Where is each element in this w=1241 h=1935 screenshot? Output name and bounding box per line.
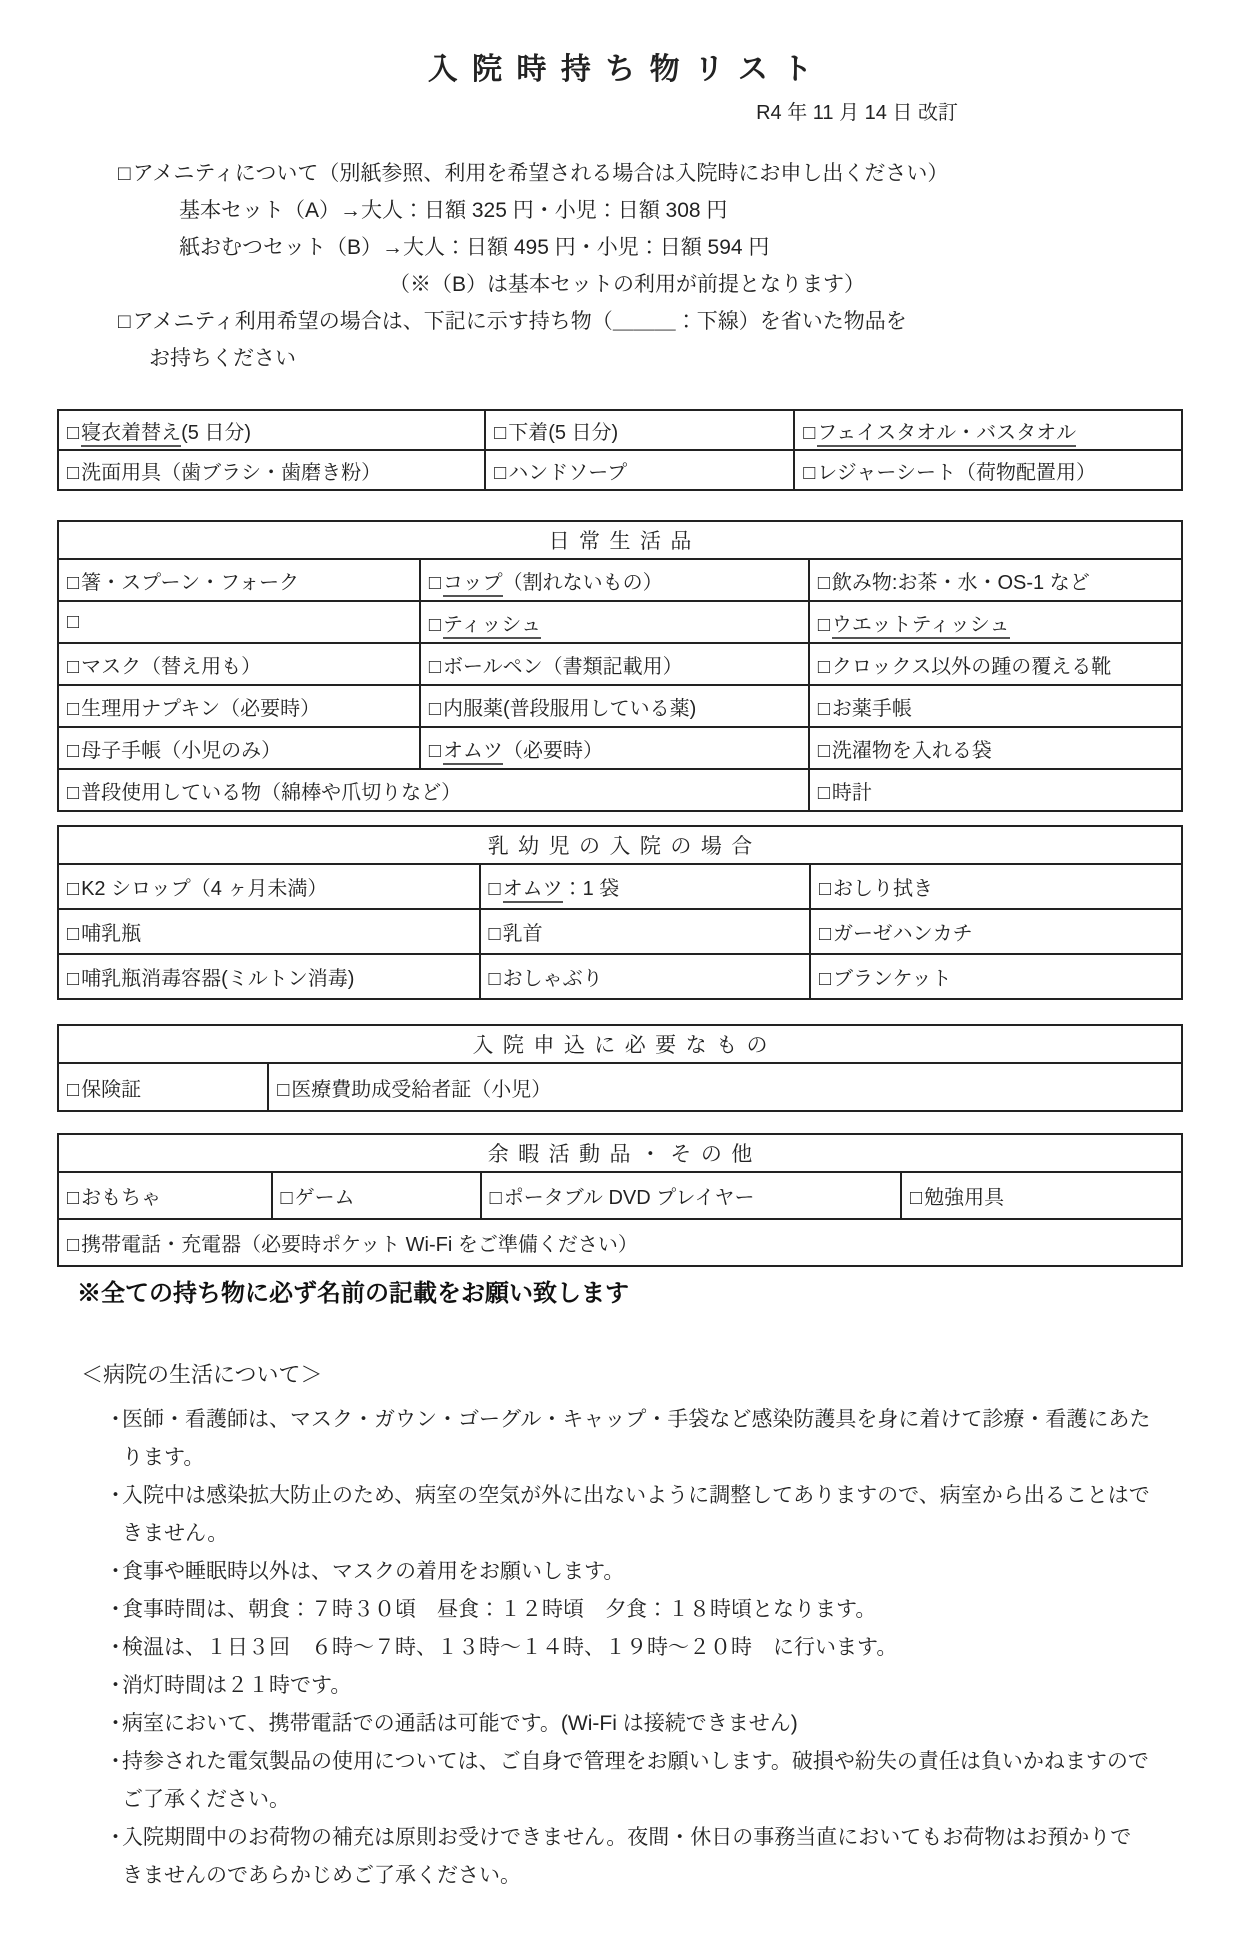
hospital-life-bullet: ・食事や睡眠時以外は、マスクの着用をお願いします。 [105,1553,1183,1591]
checkbox-icon: □ [67,656,79,678]
checklist-cell: □おしり拭き [810,864,1182,909]
checklist-cell: □クロックス以外の踵の覆える靴 [809,643,1182,685]
checklist-cell: □下着(5 日分) [485,410,794,450]
hospital-life-bullet: ・病室において、携帯電話での通話は可能です。(Wi-Fi は接続できません) [105,1705,1183,1743]
item-label-underlined: フェイスタオル・バスタオル [817,422,1076,447]
checkbox-icon: □ [67,572,79,594]
checklist-cell: □飲み物:お茶・水・OS-1 など [809,559,1182,601]
item-label: 乳首 [503,923,543,945]
checkbox-icon: □ [819,878,831,900]
bullet-icon: ・ [105,1705,122,1743]
item-label: ポータブル DVD プレイヤー [504,1187,755,1209]
bullet-icon: ・ [105,1819,122,1857]
item-label-underlined: オムツ [503,878,563,903]
checklist-cell: □マスク（替え用も） [58,643,420,685]
item-label-underlined: コップ [443,572,503,597]
checklist-cell: □ガーゼハンカチ [810,909,1182,954]
checklist-cell: □生理用ナプキン（必要時） [58,685,420,727]
checkbox-icon: □ [67,968,79,990]
item-label: お薬手帳 [832,698,912,720]
checklist-cell: □洗面用具（歯ブラシ・歯磨き粉） [58,450,485,490]
item-label: 内服薬(普段服用している薬) [443,698,696,720]
checkbox-icon: □ [494,422,506,444]
item-label: おしゃぶり [503,968,603,990]
checkbox-icon: □ [819,923,831,945]
checklist-cell: □ハンドソープ [485,450,794,490]
checkbox-icon: □ [803,462,815,484]
checkbox-icon: □ [818,656,830,678]
item-label: (5 日分) [181,422,251,444]
item-label: 下着(5 日分) [508,422,618,444]
checkbox-icon: □ [118,162,131,185]
item-label-underlined: オムツ [443,740,503,765]
table-row: □寝衣着替え(5 日分)□下着(5 日分)□フェイスタオル・バスタオル [58,410,1182,450]
table-row: □おもちゃ□ゲーム□ポータブル DVD プレイヤー□勉強用具 [58,1172,1182,1219]
name-note: ※全ての持ち物に必ず名前の記載をお願い致します [77,1273,1183,1308]
page-title: 入院時持ち物リスト [57,44,1183,88]
item-label: 携帯電話・充電器（必要時ポケット Wi-Fi をご準備ください） [81,1234,638,1256]
table-title: 日常生活品 [58,521,1182,559]
item-label: ハンドソープ [508,462,627,484]
table-row: □□ティッシュ□ウエットティッシュ [58,601,1182,643]
bullet-text: 食事時間は、朝食：７時３０頃 昼食：１２時頃 夕食：１８時頃となります。 [122,1591,1152,1629]
intro-line: 紙おむつセット（B）→大人：日額 495 円・小児：日額 594 円 [57,229,1183,266]
item-label: K2 シロップ（4 ヶ月未満） [81,878,327,900]
hospital-life-bullet: ・検温は、１日３回 ６時～７時、１３時～１４時、１９時～２０時 に行います。 [105,1629,1183,1667]
intro-line: （※（B）は基本セットの利用が前提となります） [57,266,1183,303]
item-label: おしり拭き [833,878,933,900]
checklist-cell: □ウエットティッシュ [809,601,1182,643]
checkbox-icon: □ [803,422,815,444]
hospital-life-bullets: ・医師・看護師は、マスク・ガウン・ゴーグル・キャップ・手袋など感染防護具を身に着… [105,1401,1183,1895]
table-daily-items: 日常生活品□箸・スプーン・フォーク□コップ（割れないもの）□飲み物:お茶・水・O… [57,520,1183,812]
item-label-underlined: ティッシュ [443,614,541,639]
intro-line-text: アメニティ利用希望の場合は、下記に示す持ち物（＿＿＿：下線）を省いた物品を [133,310,907,333]
checkbox-icon: □ [489,968,501,990]
table-row: □生理用ナプキン（必要時）□内服薬(普段服用している薬)□お薬手帳 [58,685,1182,727]
item-label: （必要時） [503,740,603,762]
bullet-icon: ・ [105,1477,122,1515]
item-label: ブランケット [833,968,952,990]
item-label: 保険証 [81,1079,141,1101]
item-label: おもちゃ [81,1187,161,1209]
item-label: マスク（替え用も） [81,656,261,678]
checkbox-icon: □ [490,1187,502,1209]
checkbox-icon: □ [489,923,501,945]
checkbox-icon: □ [819,968,831,990]
bullet-text: 持参された電気製品の使用については、ご自身で管理をお願いします。破損や紛失の責任… [122,1743,1152,1819]
checklist-cell: □哺乳瓶 [58,909,480,954]
table-infant-admission: 乳幼児の入院の場合□K2 シロップ（4 ヶ月未満）□オムツ：1 袋□おしり拭き□… [57,825,1183,1000]
checkbox-icon: □ [910,1187,922,1209]
intro-line: □アメニティについて（別紙参照、利用を希望される場合は入院時にお申し出ください） [57,155,1183,192]
intro-line-text: お持ちください [149,347,296,370]
item-label: ガーゼハンカチ [833,923,973,945]
checklist-cell: □乳首 [480,909,810,954]
checklist-cell: □コップ（割れないもの） [420,559,809,601]
hospital-life-bullet: ・入院中は感染拡大防止のため、病室の空気が外に出ないように調整してありますので、… [105,1477,1183,1553]
item-label: 母子手帳（小児のみ） [81,740,281,762]
intro-line-text: 紙おむつセット（B）→大人：日額 495 円・小児：日額 594 円 [179,236,769,259]
checklist-cell: □勉強用具 [901,1172,1182,1219]
checkbox-icon: □ [429,572,441,594]
checkbox-icon: □ [489,878,501,900]
checklist-cell: □K2 シロップ（4 ヶ月未満） [58,864,480,909]
checkbox-icon: □ [67,1234,79,1256]
checklist-cell: □母子手帳（小児のみ） [58,727,420,769]
bullet-icon: ・ [105,1553,122,1591]
bullet-icon: ・ [105,1629,122,1667]
table-title: 余暇活動品・その他 [58,1134,1182,1172]
checklist-cell: □ [58,601,420,643]
intro-line-text: アメニティについて（別紙参照、利用を希望される場合は入院時にお申し出ください） [133,162,949,185]
checkbox-icon: □ [494,462,506,484]
intro-line: お持ちください [57,340,1183,377]
table-row: □哺乳瓶消毒容器(ミルトン消毒)□おしゃぶり□ブランケット [58,954,1182,999]
checkbox-icon: □ [818,698,830,720]
hospital-life-bullet: ・入院期間中のお荷物の補充は原則お受けできません。夜間・休日の事務当直においても… [105,1819,1183,1895]
table-title-row: 余暇活動品・その他 [58,1134,1182,1172]
checklist-cell: □箸・スプーン・フォーク [58,559,420,601]
bullet-text: 病室において、携帯電話での通話は可能です。(Wi-Fi は接続できません) [122,1705,1152,1743]
checkbox-icon: □ [429,698,441,720]
table-row: □普段使用している物（綿棒や爪切りなど）□時計 [58,769,1182,811]
bullet-text: 消灯時間は２１時です。 [122,1667,1152,1705]
checkbox-icon: □ [67,611,79,633]
item-label: 生理用ナプキン（必要時） [81,698,320,720]
bullet-text: 検温は、１日３回 ６時～７時、１３時～１４時、１９時～２０時 に行います。 [122,1629,1152,1667]
checklist-cell: □ゲーム [272,1172,481,1219]
table-row: □携帯電話・充電器（必要時ポケット Wi-Fi をご準備ください） [58,1219,1182,1266]
checklist-cell: □洗濯物を入れる袋 [809,727,1182,769]
item-label: 箸・スプーン・フォーク [81,572,299,594]
hospital-life-bullet: ・食事時間は、朝食：７時３０頃 昼食：１２時頃 夕食：１８時頃となります。 [105,1591,1183,1629]
checklist-cell: □オムツ（必要時） [420,727,809,769]
checklist-cell: □医療費助成受給者証（小児） [268,1063,1182,1111]
table-row: □箸・スプーン・フォーク□コップ（割れないもの）□飲み物:お茶・水・OS-1 な… [58,559,1182,601]
checkbox-icon: □ [118,310,131,333]
checklist-cell: □ボールペン（書類記載用） [420,643,809,685]
table-row: □マスク（替え用も）□ボールペン（書類記載用）□クロックス以外の踵の覆える靴 [58,643,1182,685]
hospital-life-heading: ＜病院の生活について＞ [81,1358,1183,1389]
checkbox-icon: □ [67,923,79,945]
checklist-cell: □おしゃぶり [480,954,810,999]
item-label: 洗面用具（歯ブラシ・歯磨き粉） [81,462,381,484]
table-title: 乳幼児の入院の場合 [58,826,1182,864]
bullet-icon: ・ [105,1667,122,1705]
checkbox-icon: □ [67,740,79,762]
item-label: レジャーシート（荷物配置用） [817,462,1096,484]
bullet-text: 入院期間中のお荷物の補充は原則お受けできません。夜間・休日の事務当直においてもお… [122,1819,1152,1895]
intro-line-text: （※（B）は基本セットの利用が前提となります） [389,273,865,296]
checkbox-icon: □ [67,698,79,720]
item-label: ：1 袋 [563,878,620,900]
item-label: 洗濯物を入れる袋 [832,740,992,762]
item-label: 哺乳瓶消毒容器(ミルトン消毒) [81,968,354,990]
table-title-row: 乳幼児の入院の場合 [58,826,1182,864]
table-clothing: □寝衣着替え(5 日分)□下着(5 日分)□フェイスタオル・バスタオル□洗面用具… [57,409,1183,491]
checklist-cell: □フェイスタオル・バスタオル [794,410,1182,450]
document-page: 入院時持ち物リスト R4 年 11 月 14 日 改訂 □アメニティについて（別… [0,0,1241,1935]
checkbox-icon: □ [67,1187,79,1209]
table-row: □K2 シロップ（4 ヶ月未満）□オムツ：1 袋□おしり拭き [58,864,1182,909]
item-label: 勉強用具 [924,1187,1004,1209]
checklist-cell: □レジャーシート（荷物配置用） [794,450,1182,490]
checkbox-icon: □ [281,1187,293,1209]
checklist-cell: □内服薬(普段服用している薬) [420,685,809,727]
table-row: □保険証□医療費助成受給者証（小児） [58,1063,1182,1111]
bullet-text: 食事や睡眠時以外は、マスクの着用をお願いします。 [122,1553,1152,1591]
checkbox-icon: □ [67,422,79,444]
item-label-underlined: ウエットティッシュ [832,614,1010,639]
item-label: 時計 [832,782,872,804]
checkbox-icon: □ [818,614,830,636]
bullet-icon: ・ [105,1591,122,1629]
table-leisure-items: 余暇活動品・その他□おもちゃ□ゲーム□ポータブル DVD プレイヤー□勉強用具□… [57,1133,1183,1267]
checklist-cell: □哺乳瓶消毒容器(ミルトン消毒) [58,954,480,999]
checklist-cell: □普段使用している物（綿棒や爪切りなど） [58,769,809,811]
checkbox-icon: □ [818,740,830,762]
checkbox-icon: □ [429,614,441,636]
checklist-cell: □おもちゃ [58,1172,272,1219]
checkbox-icon: □ [67,878,79,900]
item-label: ボールペン（書類記載用） [443,656,683,678]
item-label: クロックス以外の踵の覆える靴 [832,656,1111,678]
checklist-cell: □お薬手帳 [809,685,1182,727]
checklist-cell: □保険証 [58,1063,268,1111]
checkbox-icon: □ [67,1079,79,1101]
bullet-icon: ・ [105,1401,122,1439]
bullet-text: 入院中は感染拡大防止のため、病室の空気が外に出ないように調整してありますので、病… [122,1477,1152,1553]
checklist-cell: □ブランケット [810,954,1182,999]
item-label: ゲーム [295,1187,355,1209]
table-row: □哺乳瓶□乳首□ガーゼハンカチ [58,909,1182,954]
item-label: 医療費助成受給者証（小児） [291,1079,551,1101]
checkbox-icon: □ [429,740,441,762]
hospital-life-bullet: ・持参された電気製品の使用については、ご自身で管理をお願いします。破損や紛失の責… [105,1743,1183,1819]
checklist-cell: □時計 [809,769,1182,811]
checklist-cell: □ティッシュ [420,601,809,643]
checkbox-icon: □ [67,782,79,804]
checkbox-icon: □ [818,572,830,594]
hospital-life-bullet: ・消灯時間は２１時です。 [105,1667,1183,1705]
item-label: 普段使用している物（綿棒や爪切りなど） [81,782,461,804]
item-label: （割れないもの） [503,572,663,594]
intro-line-text: 基本セット（A）→大人：日額 325 円・小児：日額 308 円 [179,199,727,222]
checkbox-icon: □ [429,656,441,678]
table-title-row: 入院申込に必要なもの [58,1025,1182,1063]
item-label-underlined: 寝衣着替え [81,422,181,447]
hospital-life-bullet: ・医師・看護師は、マスク・ガウン・ゴーグル・キャップ・手袋など感染防護具を身に着… [105,1401,1183,1477]
bullet-text: 医師・看護師は、マスク・ガウン・ゴーグル・キャップ・手袋など感染防護具を身に着け… [122,1401,1152,1477]
table-row: □洗面用具（歯ブラシ・歯磨き粉）□ハンドソープ□レジャーシート（荷物配置用） [58,450,1182,490]
bullet-icon: ・ [105,1743,122,1781]
checklist-cell: □携帯電話・充電器（必要時ポケット Wi-Fi をご準備ください） [58,1219,1182,1266]
checkbox-icon: □ [67,462,79,484]
checklist-cell: □寝衣着替え(5 日分) [58,410,485,450]
revision-date: R4 年 11 月 14 日 改訂 [57,96,1183,125]
table-admission-required: 入院申込に必要なもの□保険証□医療費助成受給者証（小児） [57,1024,1183,1112]
intro-section: □アメニティについて（別紙参照、利用を希望される場合は入院時にお申し出ください）… [57,155,1183,377]
table-title-row: 日常生活品 [58,521,1182,559]
checkbox-icon: □ [277,1079,289,1101]
item-label: 哺乳瓶 [81,923,141,945]
checklist-cell: □ポータブル DVD プレイヤー [481,1172,901,1219]
checkbox-icon: □ [818,782,830,804]
item-label: 飲み物:お茶・水・OS-1 など [832,572,1090,594]
table-row: □母子手帳（小児のみ）□オムツ（必要時）□洗濯物を入れる袋 [58,727,1182,769]
intro-line: □アメニティ利用希望の場合は、下記に示す持ち物（＿＿＿：下線）を省いた物品を [57,303,1183,340]
checklist-cell: □オムツ：1 袋 [480,864,810,909]
table-title: 入院申込に必要なもの [58,1025,1182,1063]
intro-line: 基本セット（A）→大人：日額 325 円・小児：日額 308 円 [57,192,1183,229]
